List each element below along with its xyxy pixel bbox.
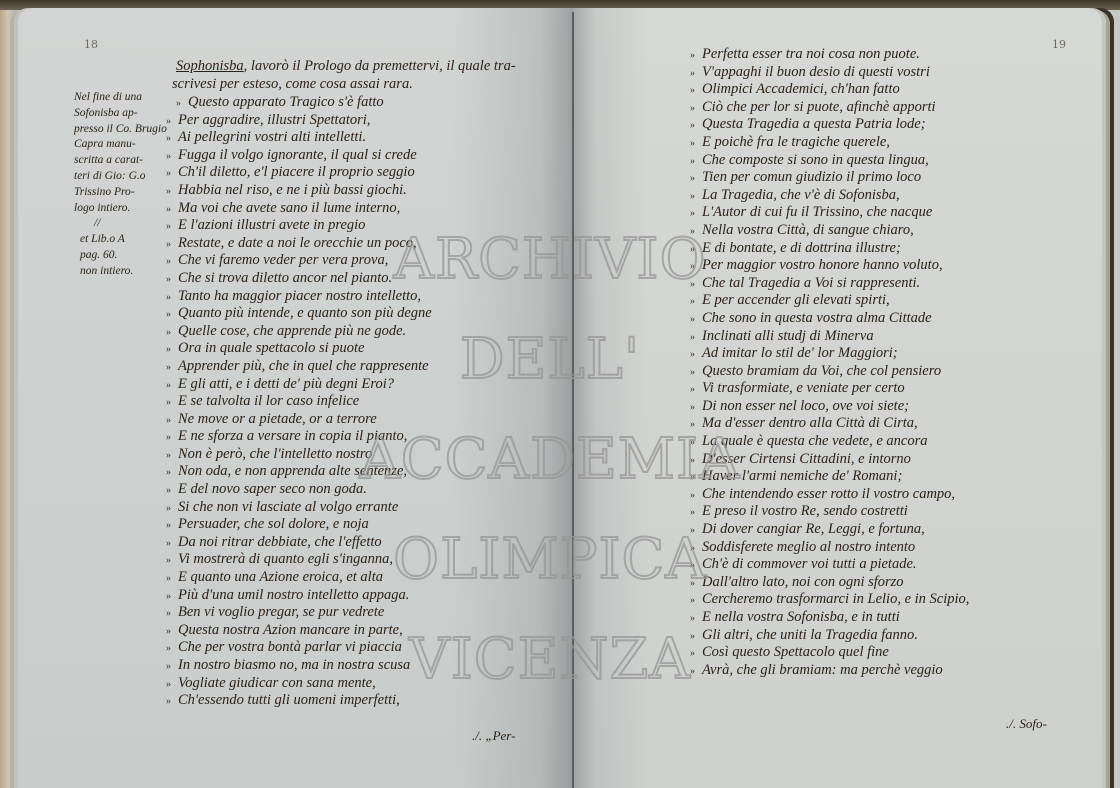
quote-mark: » — [166, 306, 178, 324]
quote-mark: » — [690, 188, 702, 206]
quote-mark: » — [690, 540, 702, 558]
verse: Non è però, che l'intelletto nostro — [178, 446, 372, 462]
prose-line: Sophonisba, lavorò il Prologo da premett… — [176, 58, 516, 76]
quote-mark: » — [690, 170, 702, 188]
quote-mark: » — [166, 676, 178, 694]
quote-mark: » — [690, 575, 702, 593]
margin-note-line: scritta a carat- — [74, 153, 167, 169]
quote-mark: » — [176, 95, 188, 113]
verse: Vogliate giudicar con sana mente, — [178, 675, 376, 691]
margin-note-line: presso il Co. Brugio — [74, 122, 167, 138]
verse: Per maggior vostro honore hanno voluto, — [702, 257, 943, 273]
verse: In nostro biasmo no, ma in nostra scusa — [178, 657, 410, 673]
quote-mark: » — [690, 364, 702, 382]
margin-note-line: et Lib.o A — [74, 232, 167, 248]
prose-text: , lavorò il Prologo da premettervi, il q… — [244, 58, 516, 74]
verse: E ne sforza a versare in copia il pianto… — [178, 428, 407, 444]
verse: Soddisferete meglio al nostro intento — [702, 539, 915, 555]
verse: Tanto ha maggior piacer nostro intellett… — [178, 288, 421, 304]
quote-mark: » — [690, 100, 702, 118]
margin-note-line: Sofonisba ap- — [74, 106, 167, 122]
quote-mark: » — [166, 201, 178, 219]
margin-note-line: Trissino Pro- — [74, 185, 167, 201]
quote-mark: » — [690, 329, 702, 347]
verse: Questa Tragedia a questa Patria lode; — [702, 116, 926, 132]
quote-mark: » — [166, 377, 178, 395]
verse: Che composte si sono in questa lingua, — [702, 152, 929, 168]
verse: Cercheremo trasformarci in Lelio, e in S… — [702, 591, 969, 607]
quote-mark: » — [166, 289, 178, 307]
margin-note-line: logo intiero. — [74, 201, 167, 217]
verse: Da noi ritrar debbiate, che l'effetto — [178, 534, 382, 550]
verse: Ma d'esser dentro alla Città di Cirta, — [702, 415, 918, 431]
quote-mark: » — [166, 693, 178, 711]
title-sophonisba: Sophonisba — [176, 58, 244, 74]
quote-mark: » — [166, 341, 178, 359]
prose-text: scrivesi per esteso, come cosa assai rar… — [172, 76, 413, 92]
quote-mark: » — [166, 605, 178, 623]
right-page-number: 19 — [1052, 38, 1066, 51]
verse: V'appaghi il buon desio di questi vostri — [702, 64, 930, 80]
quote-mark: » — [690, 276, 702, 294]
quote-mark: » — [690, 628, 702, 646]
verse: Quelle cose, che apprende più ne gode. — [178, 323, 406, 339]
verse: Inclinati alli studj di Minerva — [702, 328, 874, 344]
verse: Tien per comun giudizio il primo loco — [702, 169, 921, 185]
quote-mark: » — [690, 135, 702, 153]
quote-mark: » — [690, 592, 702, 610]
verse: Vi mostrerà di quanto egli s'inganna, — [178, 551, 393, 567]
quote-mark: » — [690, 381, 702, 399]
left-prose: Sophonisba, lavorò il Prologo da premett… — [176, 58, 516, 93]
quote-mark: » — [690, 399, 702, 417]
quote-mark: » — [166, 165, 178, 183]
verse: Non oda, e non apprenda alte sentenze, — [178, 463, 407, 479]
verse: Olimpici Accademici, ch'han fatto — [702, 81, 900, 97]
verse: Ch'è di commover voi tutti a pietade. — [702, 556, 917, 572]
verse: Gli altri, che uniti la Tragedia fanno. — [702, 627, 918, 643]
verse: E poichè fra le tragiche querele, — [702, 134, 890, 150]
left-catchword: ./. „Per- — [472, 728, 515, 744]
verse: E quanto una Azione eroica, et alta — [178, 569, 383, 585]
margin-note-line: teri di Gio: G.o — [74, 169, 167, 185]
verse: E del novo saper seco non goda. — [178, 481, 367, 497]
quote-mark: » — [690, 504, 702, 522]
quote-mark: » — [166, 113, 178, 131]
verse: Ben vi voglio pregar, se pur vedrete — [178, 604, 384, 620]
quote-mark: » — [166, 500, 178, 518]
quote-mark: » — [166, 447, 178, 465]
verse: E preso il vostro Re, sendo costretti — [702, 503, 908, 519]
verse: Ciò che per lor si puote, afinchè apport… — [702, 99, 936, 115]
verse: Di non esser nel loco, ove voi siete; — [702, 398, 909, 414]
verse: Che tal Tragedia a Voi si rappresenti. — [702, 275, 920, 291]
verse: Ad imitar lo stil de' lor Maggiori; — [702, 345, 898, 361]
verse: Che vi faremo veder per vera prova, — [178, 252, 388, 268]
quote-mark: » — [166, 535, 178, 553]
verse: Apprender più, che in quel che rappresen… — [178, 358, 429, 374]
verse: Ne move or a pietade, or a terrore — [178, 411, 377, 427]
quote-mark: » — [690, 346, 702, 364]
margin-note-line: pag. 60. — [74, 248, 167, 264]
verse: D'esser Cirtensi Cittadini, e intorno — [702, 451, 911, 467]
quote-mark: » — [690, 610, 702, 628]
margin-note-separator: // — [74, 216, 167, 232]
verse: Restate, e date a noi le orecchie un poc… — [178, 235, 417, 251]
verse: Fugga il volgo ignorante, il qual si cre… — [178, 147, 417, 163]
quote-mark: » — [690, 311, 702, 329]
verse: Perfetta esser tra noi cosa non puote. — [702, 46, 920, 62]
verse: Questo bramiam da Voi, che col pensiero — [702, 363, 941, 379]
verse: Che intendendo esser rotto il vostro cam… — [702, 486, 955, 502]
quote-mark: » — [690, 82, 702, 100]
quote-mark: » — [166, 464, 178, 482]
verse: Avrà, che gli bramiam: ma perchè veggio — [702, 662, 943, 678]
verse: E di bontate, e di dottrina illustre; — [702, 240, 901, 256]
quote-mark: » — [166, 412, 178, 430]
verse: Ma voi che avete sano il lume interno, — [178, 200, 400, 216]
verse: Dall'altro lato, noi con ogni sforzo — [702, 574, 904, 590]
quote-mark: » — [690, 65, 702, 83]
quote-mark: » — [690, 241, 702, 259]
quote-mark: » — [690, 645, 702, 663]
verse: Nella vostra Città, di sangue chiaro, — [702, 222, 914, 238]
quote-mark: » — [166, 640, 178, 658]
quote-mark: » — [166, 359, 178, 377]
quote-mark: » — [166, 623, 178, 641]
quote-mark: » — [166, 482, 178, 500]
quote-mark: » — [690, 663, 702, 681]
quote-mark: » — [166, 324, 178, 342]
verse: Questa nostra Azion mancare in parte, — [178, 622, 403, 638]
verse: Che sono in questa vostra alma Cittade — [702, 310, 932, 326]
quote-mark: » — [166, 253, 178, 271]
verse: Persuader, che sol dolore, e noja — [178, 516, 369, 532]
verse: Questo apparato Tragico s'è fatto — [188, 94, 384, 110]
right-catchword: ./. Sofo- — [1006, 716, 1047, 732]
verse: E per accender gli elevati spirti, — [702, 292, 890, 308]
verse: Vi trasformiate, e veniate per certo — [702, 380, 905, 396]
verse: Ch'il diletto, e'l piacere il proprio se… — [178, 164, 415, 180]
verse: Che si trova diletto ancor nel pianto. — [178, 270, 392, 286]
verse: Così questo Spettacolo quel fine — [702, 644, 889, 660]
quote-mark: » — [690, 469, 702, 487]
verse: E se talvolta il lor caso infelice — [178, 393, 359, 409]
manuscript-spread: 18 19 Nel fine di una Sofonisba ap- pres… — [0, 0, 1120, 788]
verse: La quale è questa che vedete, e ancora — [702, 433, 927, 449]
verse: Quanto più intende, e quanto son più deg… — [178, 305, 432, 321]
quote-mark: » — [166, 552, 178, 570]
quote-mark: » — [690, 205, 702, 223]
verse: Si che non vi lasciate al volgo errante — [178, 499, 398, 515]
quote-mark: » — [166, 183, 178, 201]
verse: Ora in quale spettacolo si puote — [178, 340, 364, 356]
quote-mark: » — [166, 517, 178, 535]
verse: Di dover cangiar Re, Leggi, e fortuna, — [702, 521, 925, 537]
right-verses: »Perfetta esser tra noi cosa non puote. … — [690, 46, 969, 679]
margin-note-line: Nel fine di una — [74, 90, 167, 106]
quote-mark: » — [166, 570, 178, 588]
prose-line: scrivesi per esteso, come cosa assai rar… — [172, 76, 516, 94]
quote-mark: » — [166, 394, 178, 412]
quote-mark: » — [690, 223, 702, 241]
quote-mark: » — [690, 416, 702, 434]
left-verses: »Questo apparato Tragico s'è fatto »Per … — [166, 94, 432, 710]
quote-mark: » — [690, 522, 702, 540]
quote-mark: » — [166, 658, 178, 676]
quote-mark: » — [166, 130, 178, 148]
verse: L'Autor di cui fu il Trissino, che nacqu… — [702, 204, 932, 220]
verse: Habbia nel riso, e ne i più bassi giochi… — [178, 182, 407, 198]
quote-mark: » — [166, 148, 178, 166]
verse: E nella vostra Sofonisba, e in tutti — [702, 609, 900, 625]
quote-mark: » — [690, 117, 702, 135]
margin-note-line: Capra manu- — [74, 137, 167, 153]
quote-mark: » — [690, 47, 702, 65]
verse: La Tragedia, che v'è di Sofonisba, — [702, 187, 900, 203]
quote-mark: » — [166, 236, 178, 254]
verse: Che per vostra bontà parlar vi piaccia — [178, 639, 402, 655]
quote-mark: » — [166, 271, 178, 289]
quote-mark: » — [690, 258, 702, 276]
quote-mark: » — [690, 153, 702, 171]
verse: Più d'una umil nostro intelletto appaga. — [178, 587, 409, 603]
quote-mark: » — [690, 434, 702, 452]
verse: Per aggradire, illustri Spettatori, — [178, 112, 370, 128]
verse: Ai pellegrini vostri alti intelletti. — [178, 129, 366, 145]
left-page-number: 18 — [84, 38, 98, 51]
quote-mark: » — [690, 487, 702, 505]
margin-note: Nel fine di una Sofonisba ap- presso il … — [74, 90, 167, 280]
quote-mark: » — [690, 557, 702, 575]
quote-mark: » — [166, 218, 178, 236]
margin-note-line: non intiero. — [74, 264, 167, 280]
book-gutter — [572, 12, 574, 788]
verse: E gli atti, e i detti de' più degni Eroi… — [178, 376, 394, 392]
quote-mark: » — [690, 452, 702, 470]
quote-mark: » — [166, 429, 178, 447]
quote-mark: » — [690, 293, 702, 311]
verse: Ch'essendo tutti gli uomeni imperfetti, — [178, 692, 400, 708]
verse: Haver l'armi nemiche de' Romani; — [702, 468, 902, 484]
quote-mark: » — [166, 588, 178, 606]
verse: E l'azioni illustri avete in pregio — [178, 217, 365, 233]
